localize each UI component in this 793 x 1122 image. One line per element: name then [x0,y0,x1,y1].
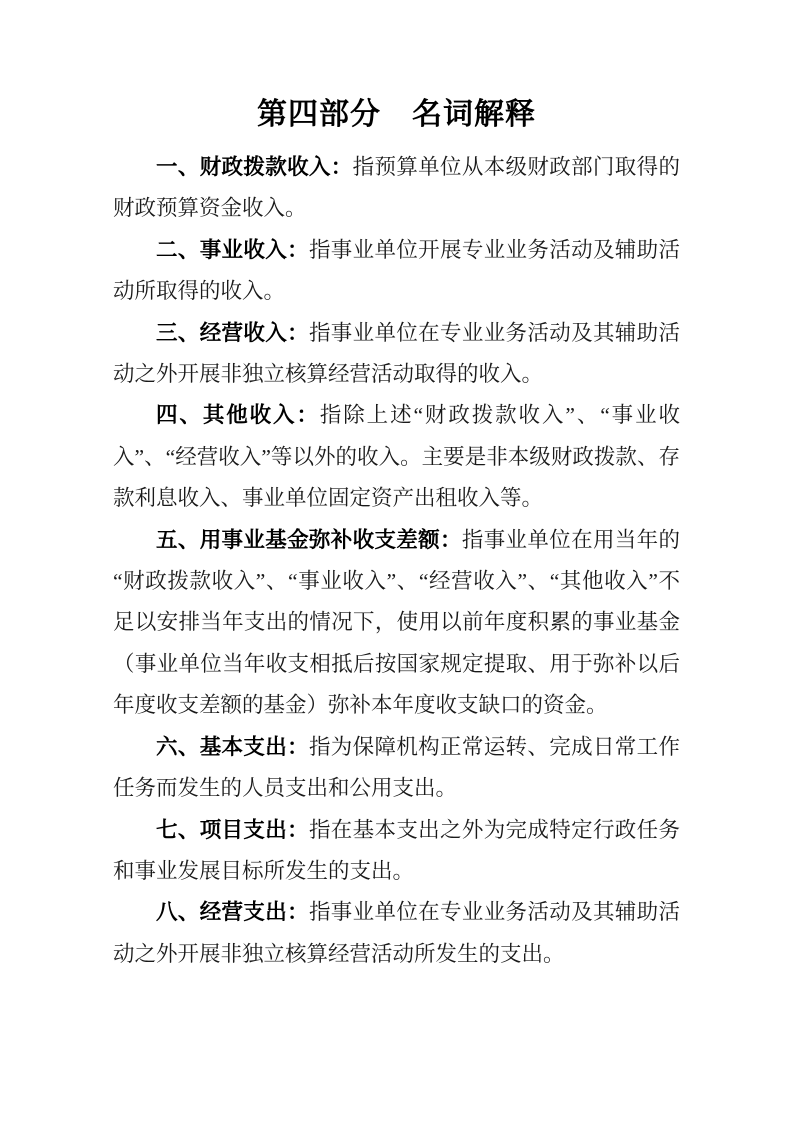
term-name: 三、经营收入： [156,321,309,345]
glossary-entry: 二、事业收入：指事业单位开展专业业务活动及辅助活动所取得的收入。 [113,230,680,313]
glossary-entry: 八、经营支出：指事业单位在专业业务活动及其辅助活动之外开展非独立核算经营活动所发… [113,892,680,975]
glossary-entry: 六、基本支出：指为保障机构正常运转、完成日常工作任务而发生的人员支出和公用支出。 [113,727,680,810]
page-title: 第四部分 名词解释 [113,92,680,138]
term-name: 二、事业收入： [156,238,309,262]
glossary-entry: 五、用事业基金弥补收支差额：指事业单位在用当年的“财政拨款收入”、“事业收入”、… [113,520,680,727]
glossary-body: 一、财政拨款收入：指预算单位从本级财政部门取得的财政预算资金收入。 二、事业收入… [113,147,680,975]
term-name: 五、用事业基金弥补收支差额： [156,528,462,552]
term-name: 六、基本支出： [156,735,309,759]
document-page: 第四部分 名词解释 一、财政拨款收入：指预算单位从本级财政部门取得的财政预算资金… [0,0,793,1122]
term-definition: 指事业单位在用当年的“财政拨款收入”、“事业收入”、“经营收入”、“其他收入”不… [113,528,680,718]
term-name: 七、项目支出： [156,818,309,842]
term-name: 一、财政拨款收入： [156,155,353,179]
term-name: 八、经营支出： [156,900,309,924]
term-name: 四、其他收入： [156,403,320,427]
glossary-entry: 三、经营收入：指事业单位在专业业务活动及其辅助活动之外开展非独立核算经营活动取得… [113,313,680,396]
glossary-entry: 一、财政拨款收入：指预算单位从本级财政部门取得的财政预算资金收入。 [113,147,680,230]
glossary-entry: 四、其他收入：指除上述“财政拨款收入”、“事业收入”、“经营收入”等以外的收入。… [113,395,680,519]
glossary-entry: 七、项目支出：指在基本支出之外为完成特定行政任务和事业发展目标所发生的支出。 [113,810,680,893]
